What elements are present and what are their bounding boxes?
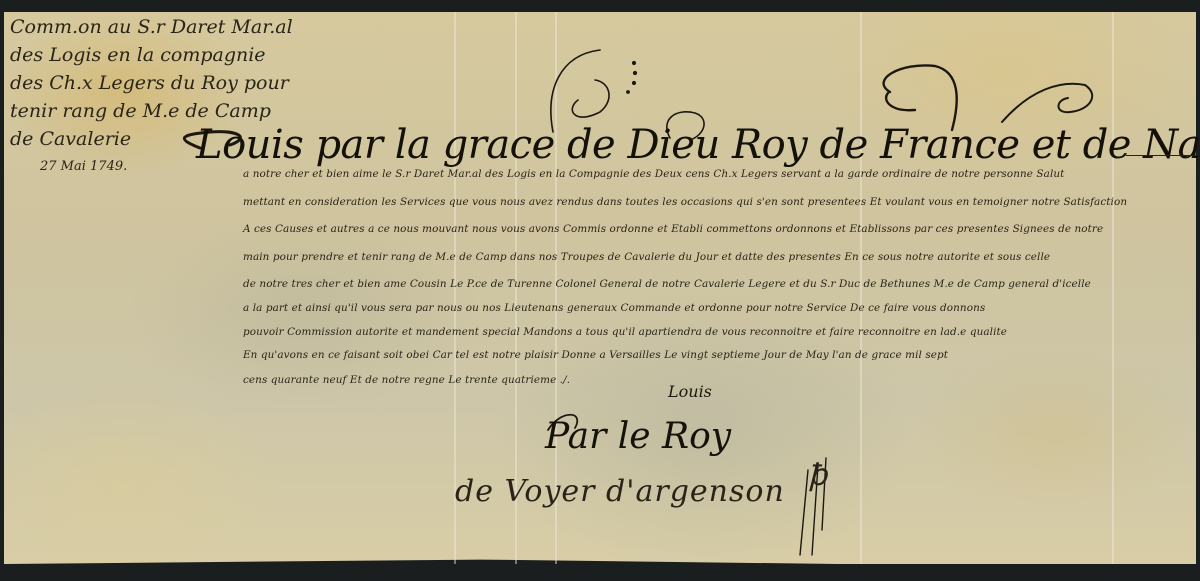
body-line: pouvoir Commission autorite et mandement… [243, 326, 1007, 338]
paraph-icon: ꝥ [808, 458, 827, 493]
body-line: main pour prendre et tenir rang de M.e d… [243, 251, 1050, 263]
body-line: de notre tres cher et bien ame Cousin Le… [243, 278, 1091, 290]
royal-heading: Louis par la grace de Dieu Roy de France… [196, 122, 1200, 168]
margin-note-line: Comm.on au S.r Daret Mar.al [10, 14, 293, 40]
countersign-heading: Par le Roy [545, 416, 731, 457]
margin-note-line: tenir rang de M.e de Camp [10, 98, 271, 124]
body-line: mettant en consideration les Services qu… [243, 196, 1127, 208]
minister-signature: de Voyer d'argenson [455, 474, 785, 509]
heading-rule [1126, 155, 1196, 156]
body-line: En qu'avons en ce faisant soit obei Car … [243, 349, 948, 361]
body-line: a notre cher et bien aime le S.r Daret M… [243, 168, 1064, 180]
document-frame: Comm.on au S.r Daret Mar.al des Logis en… [0, 0, 1200, 581]
margin-note-line: des Ch.x Legers du Roy pour [10, 70, 289, 96]
margin-note-line: de Cavalerie [10, 126, 131, 152]
royal-signature: Louis [668, 382, 712, 401]
body-line: cens quarante neuf Et de notre regne Le … [243, 374, 570, 386]
body-line: a la part et ainsi qu'il vous sera par n… [243, 302, 985, 314]
margin-note-date: 27 Mai 1749. [40, 154, 127, 180]
body-line: A ces Causes et autres a ce nous mouvant… [243, 223, 1103, 235]
margin-note-line: des Logis en la compagnie [10, 42, 266, 68]
fold-line [1112, 12, 1114, 564]
